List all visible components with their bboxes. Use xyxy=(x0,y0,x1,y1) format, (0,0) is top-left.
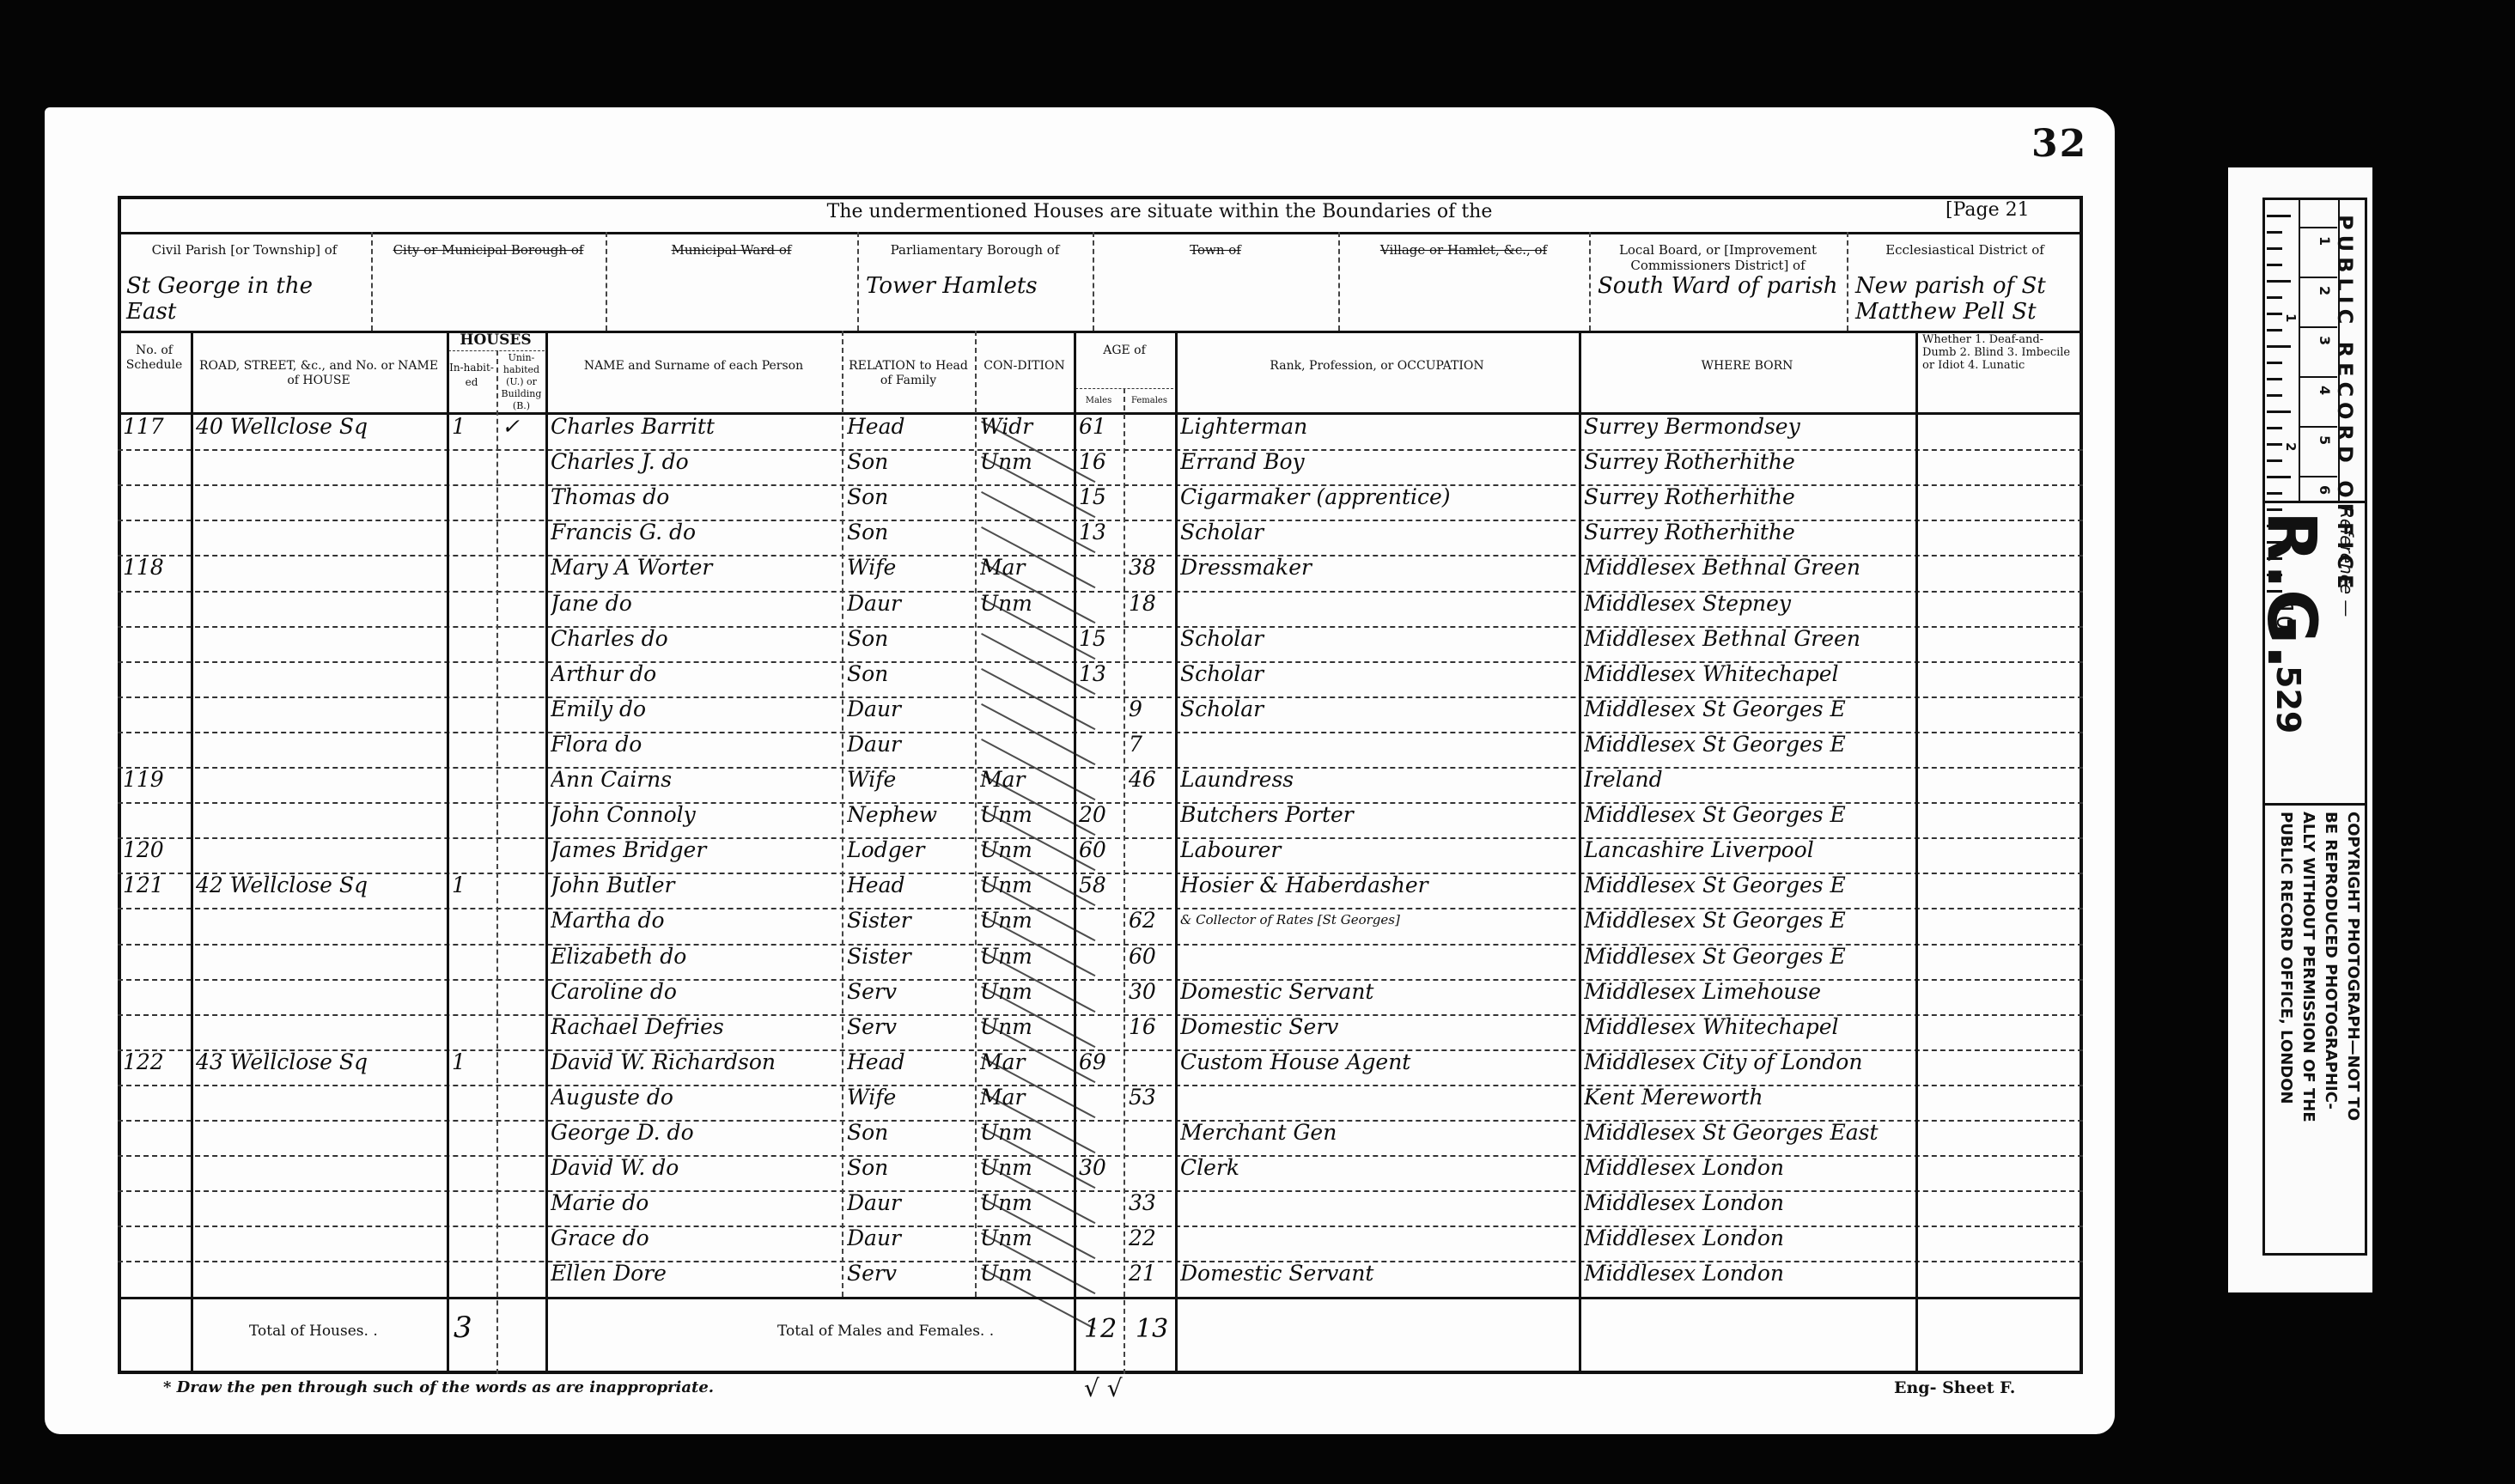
column-line xyxy=(1074,331,1076,1374)
column-header-road: ROAD, STREET, &c., and No. or NAME of HO… xyxy=(194,359,443,388)
ruler-tick xyxy=(2267,525,2282,527)
rule-line xyxy=(118,626,2083,628)
total-males: 12 xyxy=(1084,1314,1117,1344)
scale-divider xyxy=(2299,227,2337,228)
rule-line xyxy=(118,1297,2083,1299)
rule-line xyxy=(118,944,2083,946)
rule-line xyxy=(118,1049,2083,1051)
strip-divider xyxy=(2262,803,2367,806)
column-line xyxy=(191,331,193,1374)
rule-line xyxy=(118,837,2083,839)
ruler-tick xyxy=(2267,590,2282,593)
column-line xyxy=(1175,331,1178,1374)
rule-line xyxy=(118,412,2083,415)
rule-line xyxy=(118,449,2083,451)
column-header-schedule: No. of Schedule xyxy=(121,344,187,373)
column-line xyxy=(975,331,977,1297)
reference-strip: PUBLIC RECORD OFFICE Reference — R.G. 10… xyxy=(2228,167,2372,1292)
rule-line xyxy=(118,1085,2083,1086)
copyright-line: PUBLIC RECORD OFFICE, LONDON xyxy=(2274,812,2297,1122)
location-label: Town of xyxy=(1098,242,1333,258)
ruler-tick xyxy=(2267,508,2282,511)
column-header-age: AGE of xyxy=(1075,344,1173,358)
footnote: * Draw the pen through such of the words… xyxy=(163,1378,714,1396)
column-line xyxy=(842,331,843,1297)
location-label: Civil Parish [or Township] of xyxy=(123,242,366,258)
totals-check-marks: √ √ xyxy=(1084,1374,1123,1402)
ruler-tick xyxy=(2267,427,2282,429)
column-line xyxy=(1915,331,1918,1374)
series-code: R.G. xyxy=(2252,511,2329,670)
copyright-line: COPYRIGHT PHOTOGRAPH—NOT TO xyxy=(2341,812,2364,1122)
rule-line xyxy=(118,802,2083,804)
rule-line xyxy=(118,661,2083,663)
ruler-tick xyxy=(2267,247,2282,250)
column-header-males: Males xyxy=(1075,393,1122,408)
ruler-tick xyxy=(2267,411,2291,413)
rule-line xyxy=(118,1190,2083,1192)
copyright-line: BE REPRODUCED PHOTOGRAPHIC- xyxy=(2319,812,2341,1122)
ruler-tick xyxy=(2267,345,2291,348)
scale-number: 3 xyxy=(2317,336,2333,345)
scale-divider xyxy=(2299,426,2337,428)
location-label: Village or Hamlet, &c., of xyxy=(1343,242,1584,258)
rule-line xyxy=(118,1155,2083,1157)
column-line xyxy=(1093,232,1094,331)
column-line xyxy=(1338,232,1340,331)
location-value: New parish of St Matthew Pell St xyxy=(1855,273,2074,325)
reference-label: Reference — xyxy=(2336,507,2357,617)
column-header-where-born: WHERE BORN xyxy=(1582,359,1912,374)
ruler-tick xyxy=(2267,296,2282,299)
rule-line xyxy=(118,591,2083,593)
page-label: [Page 21 xyxy=(1946,199,2030,221)
rule-line xyxy=(118,1014,2083,1016)
piece-number: 10 xyxy=(2271,601,2297,629)
rule-line xyxy=(118,484,2083,486)
column-header-uninhabited: Unin-habited (U.) or Building (B.) xyxy=(498,352,545,412)
scale-divider xyxy=(2299,476,2337,477)
copyright-line: ALLY WITHOUT PERMISSION OF THE xyxy=(2297,812,2319,1122)
rule-line xyxy=(118,232,2083,234)
location-value: South Ward of parish xyxy=(1598,273,1838,299)
ruler-tick xyxy=(2267,362,2282,364)
location-label: Local Board, or [Improvement Commissione… xyxy=(1594,242,1842,273)
ruler-tick xyxy=(2267,443,2282,446)
location-label: Parliamentary Borough of xyxy=(862,242,1087,258)
rule-line xyxy=(118,520,2083,521)
rule-line xyxy=(118,1120,2083,1122)
ruler-tick xyxy=(2267,378,2282,380)
ruler-tick xyxy=(2267,574,2282,576)
column-line xyxy=(545,331,548,1374)
scale-number: 4 xyxy=(2317,386,2333,395)
scale-number: 5 xyxy=(2317,435,2333,445)
location-label: Ecclesiastical District of xyxy=(1852,242,2078,258)
ruler-tick xyxy=(2267,215,2291,217)
ruler-tick xyxy=(2267,492,2282,495)
column-line xyxy=(371,232,373,331)
ruler-tick xyxy=(2267,394,2282,397)
column-header-occupation: Rank, Profession, or OCCUPATION xyxy=(1178,359,1575,374)
folio-number: 32 xyxy=(2031,122,2087,166)
copyright-notice: COPYRIGHT PHOTOGRAPH—NOT TO BE REPRODUCE… xyxy=(2274,812,2364,1122)
column-line xyxy=(496,350,498,1374)
scale-divider xyxy=(2299,326,2337,328)
column-header-infirmity: Whether 1. Deaf-and-Dumb 2. Blind 3. Imb… xyxy=(1922,333,2077,372)
sheet-label: Eng- Sheet F. xyxy=(1894,1378,2015,1397)
rule-line xyxy=(118,979,2083,981)
column-line xyxy=(857,232,859,331)
rule-line xyxy=(118,908,2083,909)
total-houses-label: Total of Houses. . xyxy=(249,1323,378,1340)
ruler-tick xyxy=(2267,313,2282,315)
scale-column-line xyxy=(2299,200,2300,501)
scale-number: 6 xyxy=(2317,485,2333,495)
scale-divider xyxy=(2299,277,2337,278)
column-header-relation: RELATION to Head of Family xyxy=(845,359,971,388)
scale-number: 2 xyxy=(2317,286,2333,295)
ruler-tick xyxy=(2267,557,2282,560)
location-value: St George in the East xyxy=(126,273,362,325)
rule-line xyxy=(118,1226,2083,1227)
scale-number: 1 xyxy=(2317,236,2333,246)
rule-line xyxy=(118,1261,2083,1262)
ruler-tick xyxy=(2267,329,2282,331)
inch-mark: 1 xyxy=(2283,313,2299,322)
location-value: Tower Hamlets xyxy=(866,273,1084,299)
ruler-tick xyxy=(2267,280,2291,283)
column-line xyxy=(447,331,449,1374)
total-houses-value: 3 xyxy=(454,1311,472,1345)
column-line xyxy=(1124,388,1125,1374)
rule-line xyxy=(118,767,2083,769)
folio-reference: 529 xyxy=(2269,666,2307,733)
ruler-tick xyxy=(2267,459,2282,462)
ruler-tick xyxy=(2267,264,2282,266)
location-label: Municipal Ward of xyxy=(611,242,852,258)
ruler-tick xyxy=(2267,231,2282,234)
rule-line xyxy=(118,555,2083,556)
column-line xyxy=(1579,331,1581,1374)
total-females: 13 xyxy=(1136,1314,1168,1344)
column-header-inhabited: In-habit-ed xyxy=(448,361,495,390)
column-line xyxy=(606,232,607,331)
location-label: City or Municipal Borough of xyxy=(376,242,600,258)
column-header-condition: CON-DITION xyxy=(978,359,1070,374)
column-header-females: Females xyxy=(1125,393,1173,408)
ruler-tick xyxy=(2267,476,2291,478)
scale-column-line xyxy=(2338,200,2340,501)
page-title: The undermentioned Houses are situate wi… xyxy=(429,201,1890,222)
inch-mark: 2 xyxy=(2283,442,2299,451)
total-persons-label: Total of Males and Females. . xyxy=(777,1323,994,1340)
rule-line xyxy=(118,732,2083,733)
scale-bottom-line xyxy=(2262,501,2367,503)
column-header-name: NAME and Surname of each Person xyxy=(549,359,838,374)
scale-divider xyxy=(2299,376,2337,378)
column-line xyxy=(1589,232,1591,331)
column-header-houses: HOUSES xyxy=(448,333,543,348)
rule-line xyxy=(118,696,2083,698)
rule-line xyxy=(118,331,2083,333)
column-line xyxy=(1847,232,1848,331)
ruler-tick xyxy=(2267,541,2291,544)
rule-line xyxy=(118,873,2083,874)
